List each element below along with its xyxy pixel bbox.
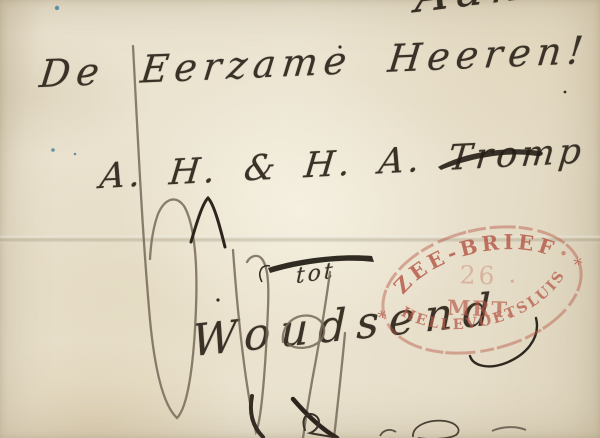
ink-bottom-fragment [413, 421, 459, 438]
ink-bottom-fragment [492, 427, 526, 431]
pencil-loop [283, 316, 324, 348]
pencil-stroke [133, 46, 196, 418]
postmark-dot [561, 251, 566, 256]
scanned-letter-photo: { "letter": { "heading_partial": "Aan", … [0, 0, 600, 438]
postmark-month: MRT. [447, 295, 516, 322]
ink-heavy-dash [268, 255, 374, 273]
markings-layer: ZEE-BRIEF HELLEVOETSLUIS 26 MRT. * * [0, 0, 600, 438]
postmark-date: 26 MRT. [447, 260, 518, 322]
ink-bottom-fragment [293, 399, 337, 438]
ink-speck [564, 91, 567, 94]
postmark-stamp: ZEE-BRIEF HELLEVOETSLUIS 26 MRT. * * [363, 206, 598, 374]
ink-caret-mark [191, 198, 225, 247]
postmark-ornament-left: * [376, 307, 390, 329]
blue-speck [55, 6, 59, 10]
postmark-ornament-right: * [572, 254, 586, 276]
ink-speck [338, 45, 341, 48]
blue-speck [51, 148, 55, 152]
ink-speck [216, 298, 219, 301]
pencil-rate-marking [133, 46, 345, 438]
blue-ink-specks [51, 6, 76, 156]
postmark-dot [511, 279, 514, 282]
postmark-day: 26 [459, 260, 498, 290]
blue-speck [74, 153, 77, 156]
ink-swash-tromp [438, 149, 543, 170]
ink-bottom-fragment [380, 430, 396, 436]
pencil-stroke [334, 333, 345, 438]
